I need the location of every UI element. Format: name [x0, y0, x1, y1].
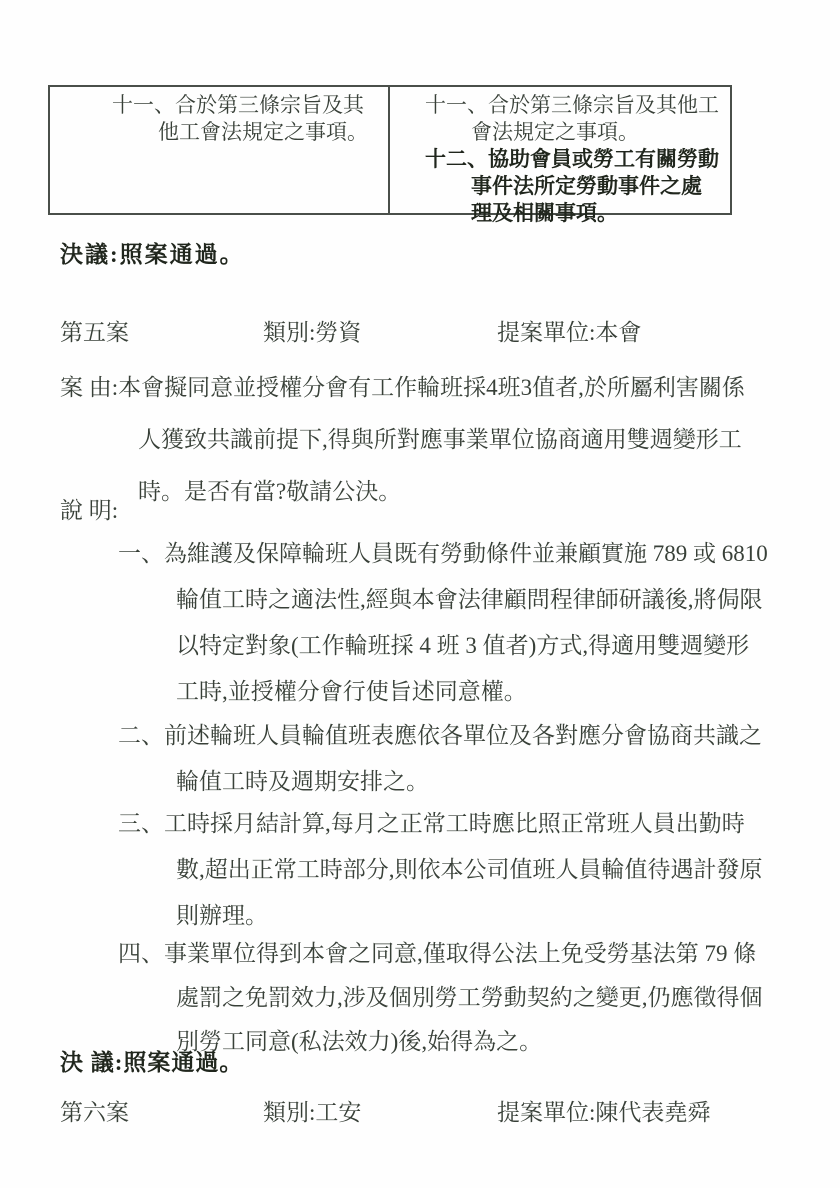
table-cell-amended: 十一、合於第三條宗旨及其他工會法規定之事項。 十二、協助會員或勞工有關勞動事件法… [390, 87, 730, 213]
bylaw-item-number: 十一、 [425, 93, 488, 117]
explanation-item-3: 三、工時採月結計算,每月之正常工時應比照正常班人員出勤時數,超出正常工時部分,則… [118, 801, 772, 939]
case6-number: 第六案 [60, 1094, 129, 1127]
item-text: 工時採月結計算,每月之正常工時應比照正常班人員出勤時數,超出正常工時部分,則依本… [164, 811, 763, 928]
case5-number: 第五案 [60, 314, 129, 347]
subject-text: 本會擬同意並授權分會有工作輪班採4班3值者,於所屬利害關係人獲致共識前提下,得與… [118, 375, 745, 504]
bylaw-item-number: 十一、 [112, 93, 175, 117]
item-text: 為維護及保障輪班人員既有勞動條件並兼顧實施 789 或 6810 輪值工時之適法… [164, 541, 768, 704]
meeting-minutes-page: 十一、合於第三條宗旨及其他工會法規定之事項。 十一、合於第三條宗旨及其他工會法規… [0, 0, 840, 1188]
bylaws-comparison-table: 十一、合於第三條宗旨及其他工會法規定之事項。 十一、合於第三條宗旨及其他工會法規… [48, 85, 732, 215]
item-text: 前述輪班人員輪值班表應依各單位及各對應分會協商共識之輪值工時及週期安排之。 [164, 723, 762, 794]
item-number: 一、 [118, 541, 164, 566]
explanation-item-2: 二、前述輪班人員輪值班表應依各單位及各對應分會協商共識之輪值工時及週期安排之。 [118, 713, 772, 805]
resolution-case5: 決 議:照案通過。 [60, 1044, 243, 1077]
table-cell-original: 十一、合於第三條宗旨及其他工會法規定之事項。 [50, 87, 390, 213]
case5-category: 類別:勞資 [263, 314, 361, 347]
case6-category: 類別:工安 [263, 1094, 361, 1127]
resolution-case4: 決議:照案通過。 [60, 236, 245, 269]
bylaw-item-text: 合於第三條宗旨及其他工會法規定之事項。 [158, 93, 368, 144]
case5-explanation-label: 說 明: [60, 492, 118, 525]
item-number: 四、 [118, 941, 164, 966]
bylaw-item-11-original: 十一、合於第三條宗旨及其他工會法規定之事項。 [50, 92, 388, 146]
case5-proposer: 提案單位:本會 [497, 314, 641, 347]
bylaw-item-11-amended: 十一、合於第三條宗旨及其他工會法規定之事項。 [390, 92, 730, 146]
item-number: 三、 [118, 811, 164, 836]
bylaw-item-text: 協助會員或勞工有關勞動事件法所定勞動事件之處理及相關事項。 [471, 147, 719, 225]
bylaw-item-text: 合於第三條宗旨及其他工會法規定之事項。 [471, 93, 719, 144]
item-number: 二、 [118, 723, 164, 748]
bylaw-item-number: 十二、 [425, 147, 488, 171]
subject-label: 案 由: [60, 375, 118, 400]
case5-header: 第五案 類別:勞資 提案單位:本會 [0, 314, 840, 344]
case5-subject: 案 由:本會擬同意並授權分會有工作輪班採4班3值者,於所屬利害關係人獲致共識前提… [60, 362, 766, 518]
bylaw-item-12-amended: 十二、協助會員或勞工有關勞動事件法所定勞動事件之處理及相關事項。 [390, 146, 730, 227]
case6-header: 第六案 類別:工安 提案單位:陳代表堯舜 [0, 1094, 840, 1124]
item-text: 事業單位得到本會之同意,僅取得公法上免受勞基法第 79 條處罰之免罰效力,涉及個… [164, 941, 763, 1054]
explanation-item-1: 一、為維護及保障輪班人員既有勞動條件並兼顧實施 789 或 6810 輪值工時之… [118, 531, 772, 715]
case6-proposer: 提案單位:陳代表堯舜 [497, 1094, 710, 1127]
